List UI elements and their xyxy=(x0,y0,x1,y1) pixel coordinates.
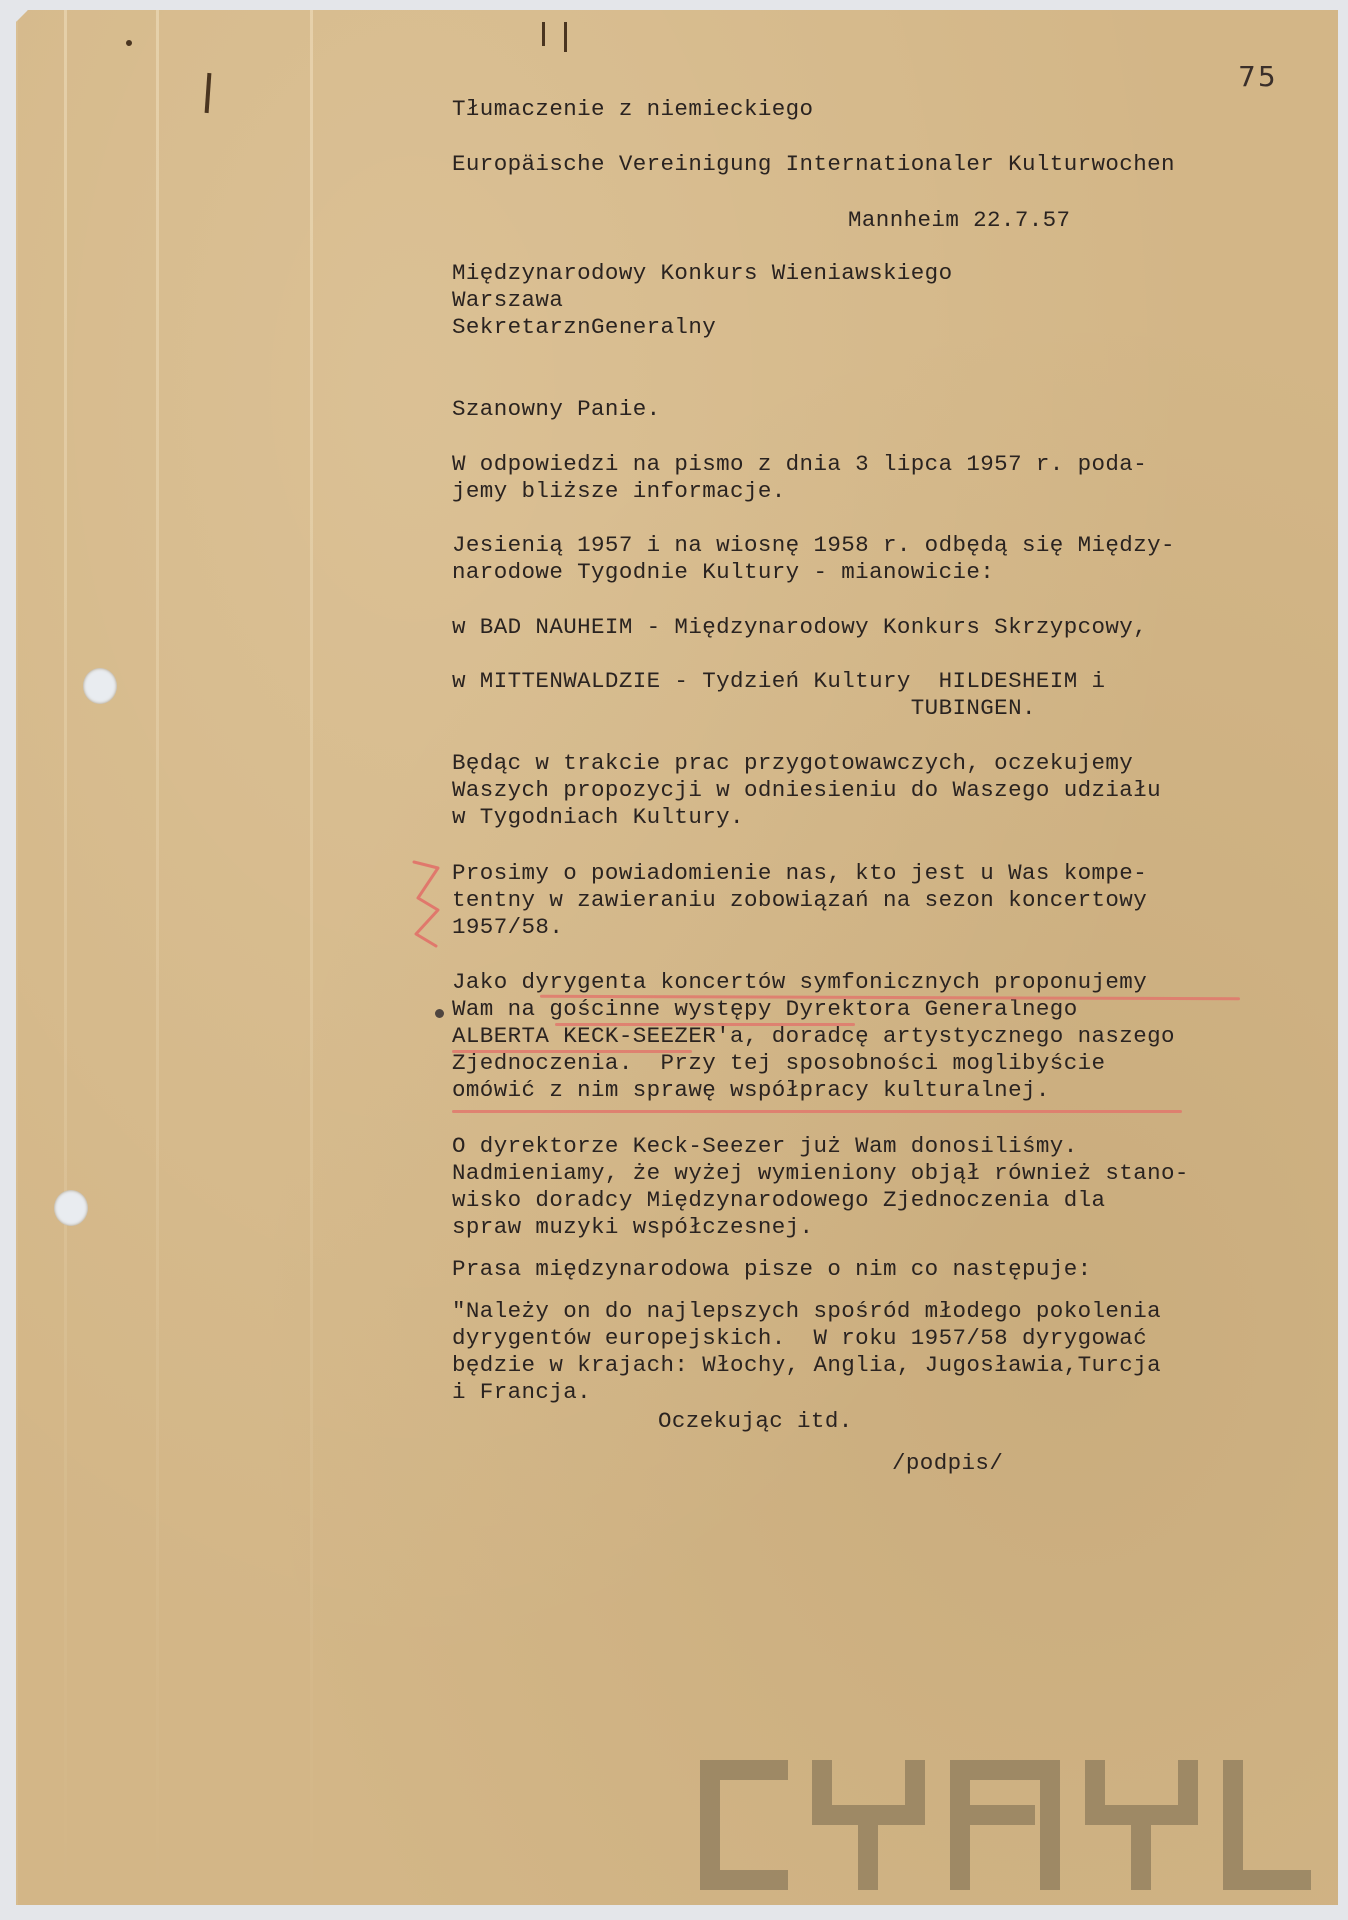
paragraph-line: Nadmieniamy, że wyżej wymieniony objął r… xyxy=(452,1160,1189,1187)
recipient-line: Warszawa xyxy=(452,287,563,314)
recipient-line: SekretarznGeneralny xyxy=(452,314,716,341)
paper-fold xyxy=(64,10,67,1905)
paper-fold xyxy=(156,10,159,1905)
place-date: Mannheim 22.7.57 xyxy=(848,207,1070,234)
punch-hole xyxy=(83,668,117,704)
recipient-line: Międzynarodowy Konkurs Wieniawskiego xyxy=(452,260,952,287)
ink-dot xyxy=(435,1009,444,1018)
quote-line: i Francja. xyxy=(452,1379,591,1406)
quote-line: dyrygentów europejskich. W roku 1957/58 … xyxy=(452,1325,1147,1352)
event-line: w MITTENWALDZIE - Tydzień Kultury HILDES… xyxy=(452,668,1105,695)
punch-hole xyxy=(54,1190,88,1226)
red-underline xyxy=(452,1110,1182,1113)
red-underline xyxy=(555,1023,855,1026)
paragraph-line: omówić z nim sprawę współpracy kulturaln… xyxy=(452,1077,1050,1104)
paragraph-line: w Tygodniach Kultury. xyxy=(452,804,744,831)
paragraph-line: spraw muzyki współczesnej. xyxy=(452,1214,813,1241)
ink-spot xyxy=(126,40,132,46)
paragraph-line: Prosimy o powiadomienie nas, kto jest u … xyxy=(452,860,1147,887)
ink-stroke xyxy=(205,73,212,113)
page-number: 75 xyxy=(1238,60,1278,93)
ink-stroke xyxy=(564,22,567,52)
paragraph-line: jemy bliższe informacje. xyxy=(452,478,786,505)
document-page xyxy=(16,10,1338,1905)
sender-organization: Europäische Vereinigung Internationaler … xyxy=(452,151,1175,178)
paragraph-line: tentny w zawieraniu zobowiązań na sezon … xyxy=(452,887,1147,914)
quote-line: będzie w krajach: Włochy, Anglia, Jugosł… xyxy=(452,1352,1161,1379)
paragraph-line: wisko doradcy Międzynarodowego Zjednocze… xyxy=(452,1187,1105,1214)
quote-line: "Należy on do najlepszych spośród młodeg… xyxy=(452,1298,1161,1325)
salutation: Szanowny Panie. xyxy=(452,396,661,423)
ink-stroke xyxy=(542,22,545,46)
paragraph-line: ALBERTA KECK-SEEZER'a, doradcę artystycz… xyxy=(452,1023,1175,1050)
signature-placeholder: /podpis/ xyxy=(892,1450,1003,1477)
paragraph-line: Wam na gościnne występy Dyrektora Genera… xyxy=(452,996,1078,1023)
paper-fold xyxy=(310,10,313,1905)
paragraph-line: Jako dyrygenta koncertów symfonicznych p… xyxy=(452,969,1147,996)
paragraph-line: narodowe Tygodnie Kultury - mianowicie: xyxy=(452,559,994,586)
paragraph-line: Zjednoczenia. Przy tej sposobności mogli… xyxy=(452,1050,1105,1077)
paragraph-line: O dyrektorze Keck-Seezer już Wam donosil… xyxy=(452,1133,1078,1160)
paragraph-line: Jesienią 1957 i na wiosnę 1958 r. odbędą… xyxy=(452,532,1175,559)
closing: Oczekując itd. xyxy=(658,1408,853,1435)
red-underline xyxy=(452,1050,692,1053)
red-pencil-bracket-mark xyxy=(408,858,444,950)
paragraph-line: 1957/58. xyxy=(452,914,563,941)
event-line: TUBINGEN. xyxy=(452,695,1036,722)
paragraph-line: W odpowiedzi na pismo z dnia 3 lipca 195… xyxy=(452,451,1147,478)
event-line: w BAD NAUHEIM - Międzynarodowy Konkurs S… xyxy=(452,614,1147,641)
paragraph-line: Będąc w trakcie prac przygotowawczych, o… xyxy=(452,750,1133,777)
paragraph-line: Prasa międzynarodowa pisze o nim co nast… xyxy=(452,1256,1092,1283)
translation-note: Tłumaczenie z niemieckiego xyxy=(452,96,813,123)
paragraph-line: Waszych propozycji w odniesieniu do Wasz… xyxy=(452,777,1161,804)
cyryl-watermark-logo: CYRYL xyxy=(700,1760,1320,1890)
